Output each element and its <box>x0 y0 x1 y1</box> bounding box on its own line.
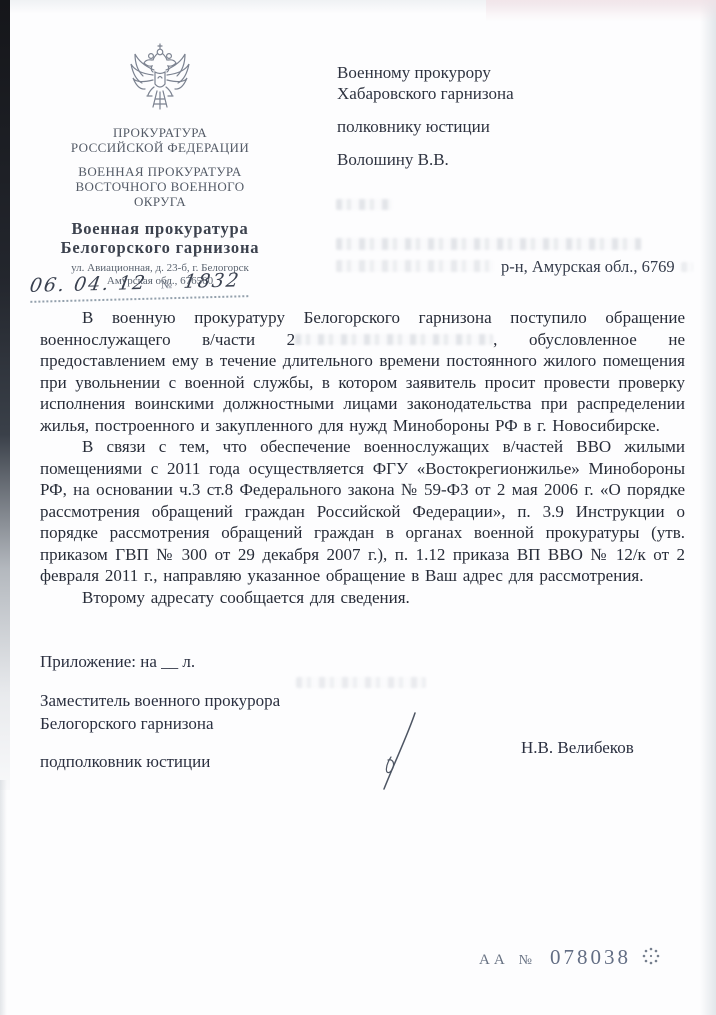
paragraph-2: В связи с тем, что обеспечение военнослу… <box>40 436 685 587</box>
letterhead-line: ОКРУГА <box>26 194 294 209</box>
letterhead-line: ВОЕННАЯ ПРОКУРАТУРА <box>26 164 294 179</box>
addressee-line: Военному прокурору <box>337 62 514 83</box>
signer-name: Н.В. Велибеков <box>521 738 634 758</box>
double-headed-eagle-icon <box>127 42 193 118</box>
erased-fragment <box>336 260 494 272</box>
letterhead-line: Военная прокуратура <box>26 219 294 238</box>
addressee2-erased-block: р-н, Амурская обл., 6769 <box>336 197 696 277</box>
paragraph-1: В военную прокуратуру Белогорского гарни… <box>40 307 685 436</box>
letterhead-org-district: ВОЕННАЯ ПРОКУРАТУРА ВОСТОЧНОГО ВОЕННОГО … <box>26 164 294 209</box>
serial-number: 078038 <box>550 945 631 970</box>
signature-stroke <box>369 709 421 797</box>
form-serial: АА № 078038 <box>479 944 661 970</box>
signer-title-line: Белогорского гарнизона <box>40 712 280 735</box>
handwritten-number: 1832 <box>182 269 242 293</box>
signer-rank: подполковник юстиции <box>40 752 210 772</box>
registration-line: 06. 04. 12 № 1832 <box>30 269 249 303</box>
letterhead-line: ВОСТОЧНОГО ВОЕННОГО <box>26 179 294 194</box>
paragraph-3: Второму адресату сообщается для сведения… <box>40 587 685 609</box>
erased-fragment <box>681 262 693 272</box>
erased-line <box>336 238 642 250</box>
addressee-line: Волошину В.В. <box>337 149 514 170</box>
letterhead-unit-name: Военная прокуратура Белогорского гарнизо… <box>26 219 294 257</box>
addressee-line: Хабаровского гарнизона <box>337 83 514 104</box>
scan-edge-left-fade <box>0 780 7 1015</box>
attachment-line: Приложение: на __ л. <box>40 652 195 672</box>
erased-smudge <box>296 677 426 688</box>
redacted-span <box>295 334 493 345</box>
addressee2-visible-line: р-н, Амурская обл., 6769 <box>336 257 696 277</box>
addressee-block: Военному прокурору Хабаровского гарнизон… <box>337 62 514 170</box>
letterhead-line: РОССИЙСКОЙ ФЕДЕРАЦИИ <box>26 140 294 155</box>
number-sign: № <box>160 277 172 292</box>
letter-body: В военную прокуратуру Белогорского гарни… <box>40 307 685 608</box>
serial-number-sign: № <box>519 953 532 969</box>
letterhead-org-top: ПРОКУРАТУРА РОССИЙСКОЙ ФЕДЕРАЦИИ <box>26 125 294 155</box>
signer-title-line: Заместитель военного прокурора <box>40 689 280 712</box>
scan-tint-top-right <box>486 0 716 22</box>
addressee-line: полковнику юстиции <box>337 116 514 137</box>
letterhead: ПРОКУРАТУРА РОССИЙСКОЙ ФЕДЕРАЦИИ ВОЕННАЯ… <box>26 42 294 288</box>
addressee2-text: р-н, Амурская обл., 6769 <box>501 257 675 277</box>
erased-mark <box>336 199 392 210</box>
serial-series: АА <box>479 952 509 969</box>
handwritten-date: 06. 04. 12 <box>28 272 148 297</box>
letterhead-line: Белогорского гарнизона <box>26 238 294 257</box>
stamp-star-icon <box>641 946 661 966</box>
scan-edge-left <box>0 0 10 790</box>
scan-edge-right <box>700 0 716 1015</box>
scanned-letter-page: ПРОКУРАТУРА РОССИЙСКОЙ ФЕДЕРАЦИИ ВОЕННАЯ… <box>0 0 716 1015</box>
letterhead-line: ПРОКУРАТУРА <box>26 125 294 140</box>
signer-title: Заместитель военного прокурора Белогорск… <box>40 689 280 735</box>
